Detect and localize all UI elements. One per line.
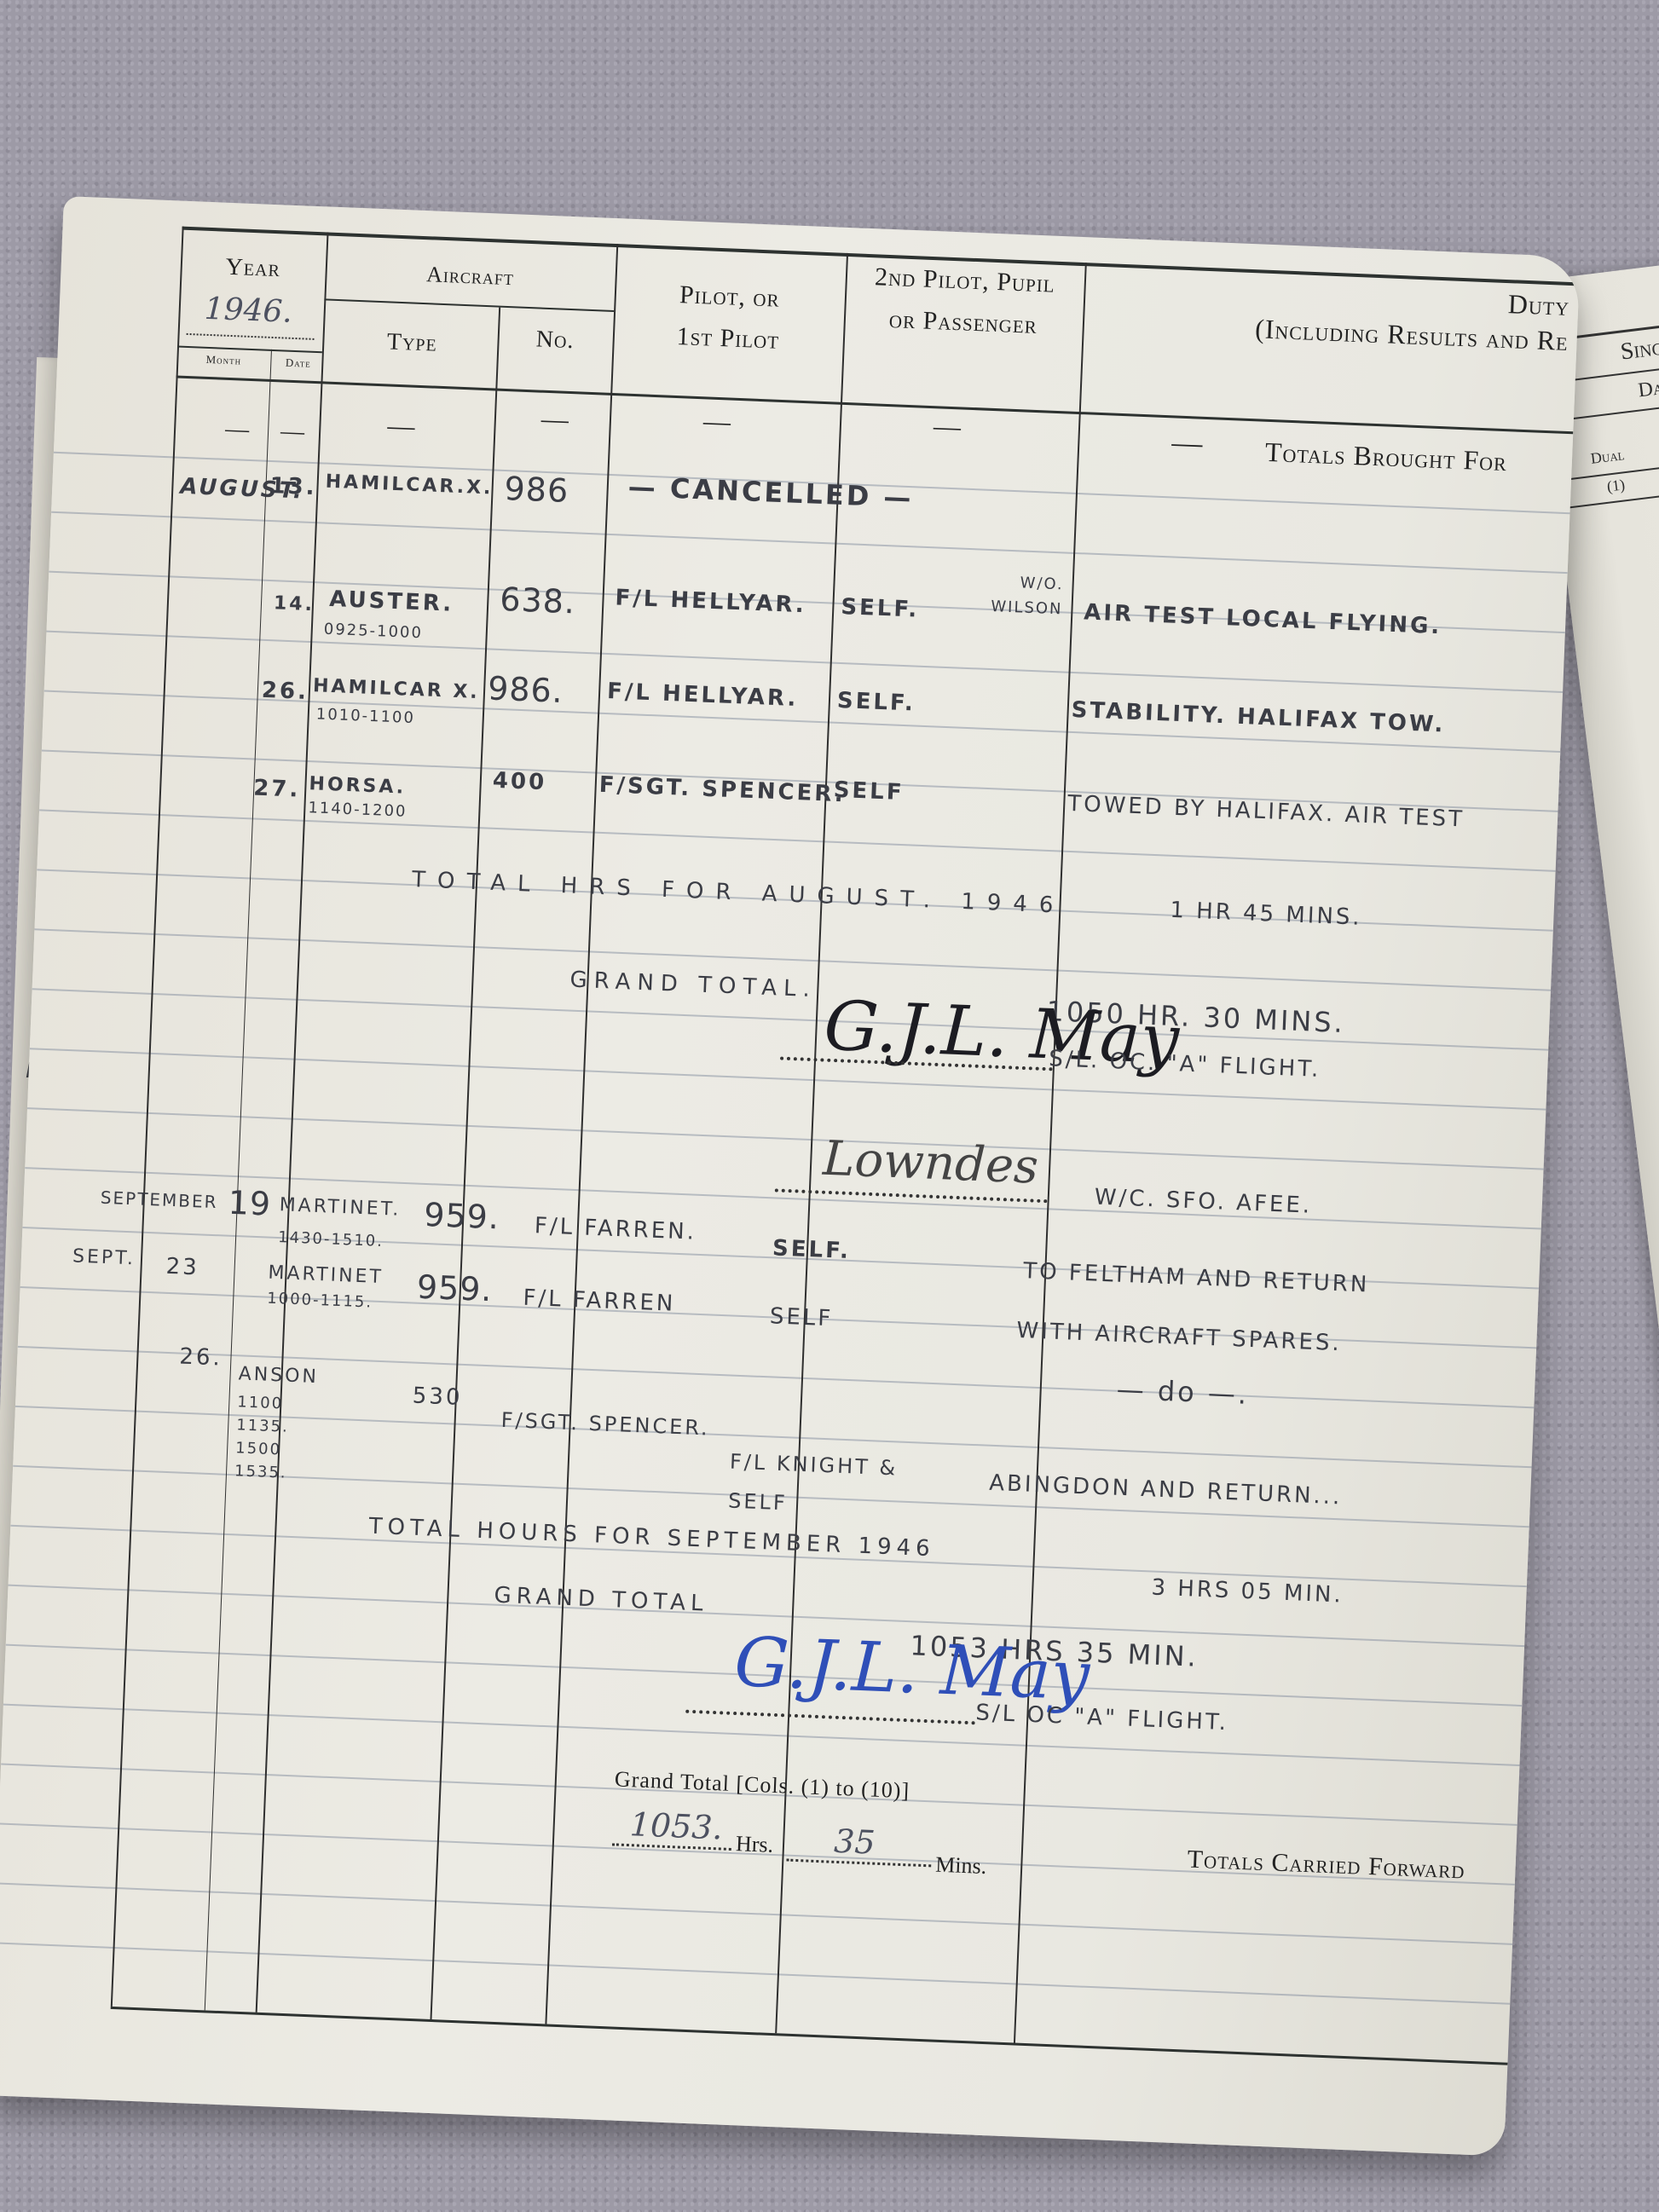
aircraft-number-heading: No. bbox=[501, 325, 609, 356]
footer-border bbox=[111, 2007, 1508, 2065]
august-total-label: Total Hrs for August. 1946 bbox=[412, 867, 1066, 919]
signature-2-title: W/C. SFO. AFEE. bbox=[1094, 1184, 1312, 1218]
logbook-page: Year 1946. Month Date Aircraft Type No. … bbox=[0, 196, 1581, 2157]
footer-mins-label: Mins. bbox=[935, 1852, 987, 1880]
log-entry: 14. Auster. 0925-1000 638. F/L Hellyar. … bbox=[64, 196, 1581, 257]
signature-title: S/L. OC. "A" Flight. bbox=[1049, 1046, 1321, 1083]
log-entry: 26. Anson 1100 1135. 1500 1535. 530 F/Sg… bbox=[64, 196, 1581, 257]
footer-hours-value: 1053. bbox=[629, 1805, 723, 1846]
august-summary: Total Hrs for August. 1946 1 Hr 45 Mins.… bbox=[64, 196, 1581, 257]
september-summary: Total Hours for September 1946 3 Hrs 05 … bbox=[64, 196, 1581, 257]
aircraft-heading: Aircraft bbox=[333, 258, 607, 295]
month-heading: Month bbox=[181, 353, 267, 369]
page-footer: Grand Total [Cols. (1) to (10)] 1053. Hr… bbox=[64, 196, 1581, 257]
pilot-heading: Pilot, or 1st Pilot bbox=[616, 278, 841, 357]
signature-commanding-officer-blue: G.J.L. May bbox=[733, 1622, 1091, 1716]
log-entry: 26. Hamilcar X. 1010-1100 986. F/L Helly… bbox=[64, 196, 1581, 257]
log-entry: August. 13. Hamilcar.X. 986 — Cancelled … bbox=[64, 196, 1581, 257]
dual-heading: Dual bbox=[1590, 446, 1626, 468]
footer-mins-value: 35 bbox=[833, 1822, 876, 1862]
august-total-value: 1 Hr 45 Mins. bbox=[1170, 898, 1362, 931]
logbook-photo: No F J F J F F J Sing Day Dual (1) bbox=[0, 0, 1659, 2212]
duty-heading: Duty (Including Results and Re bbox=[1124, 273, 1570, 356]
date-heading: Date bbox=[275, 356, 322, 371]
footer-hours-label: Hrs. bbox=[735, 1831, 773, 1858]
totals-brought-forward: Totals Brought For bbox=[1264, 436, 1507, 477]
log-entry: Sept. 23 Martinet 1000-1115. 959. F/L Fa… bbox=[64, 196, 1581, 257]
aircraft-type-heading: Type bbox=[331, 326, 494, 361]
september-total-value: 3 Hrs 05 Min. bbox=[1151, 1575, 1344, 1608]
single-engine-heading: Sing bbox=[1619, 334, 1659, 367]
grand-total-label: Grand Total. bbox=[569, 967, 817, 1003]
grand-total-label: Grand Total bbox=[494, 1583, 708, 1617]
header-bottom-border bbox=[176, 375, 1574, 434]
log-entry: September 19 Martinet. 1430-1510. 959. F… bbox=[64, 196, 1581, 257]
col-1-heading: (1) bbox=[1606, 476, 1626, 495]
year-value: 1946. bbox=[204, 292, 293, 330]
log-entry: — do —. bbox=[64, 196, 1581, 257]
signature-title: S/L OC "A" Flight. bbox=[975, 1700, 1229, 1736]
second-pilot-heading: 2nd Pilot, Pupil or Passenger bbox=[847, 262, 1080, 342]
footer-grand-total-label: Grand Total [Cols. (1) to (10)] bbox=[614, 1766, 910, 1804]
log-entry: 27. Horsa. 1140-1200 400 F/Sgt. Spencer.… bbox=[64, 196, 1581, 257]
day-heading: Day bbox=[1637, 376, 1659, 403]
signature-wing-commander: Lowndes bbox=[822, 1131, 1039, 1195]
year-heading: Year bbox=[188, 252, 317, 285]
totals-carried-forward: Totals Carried Forward bbox=[1187, 1845, 1465, 1885]
